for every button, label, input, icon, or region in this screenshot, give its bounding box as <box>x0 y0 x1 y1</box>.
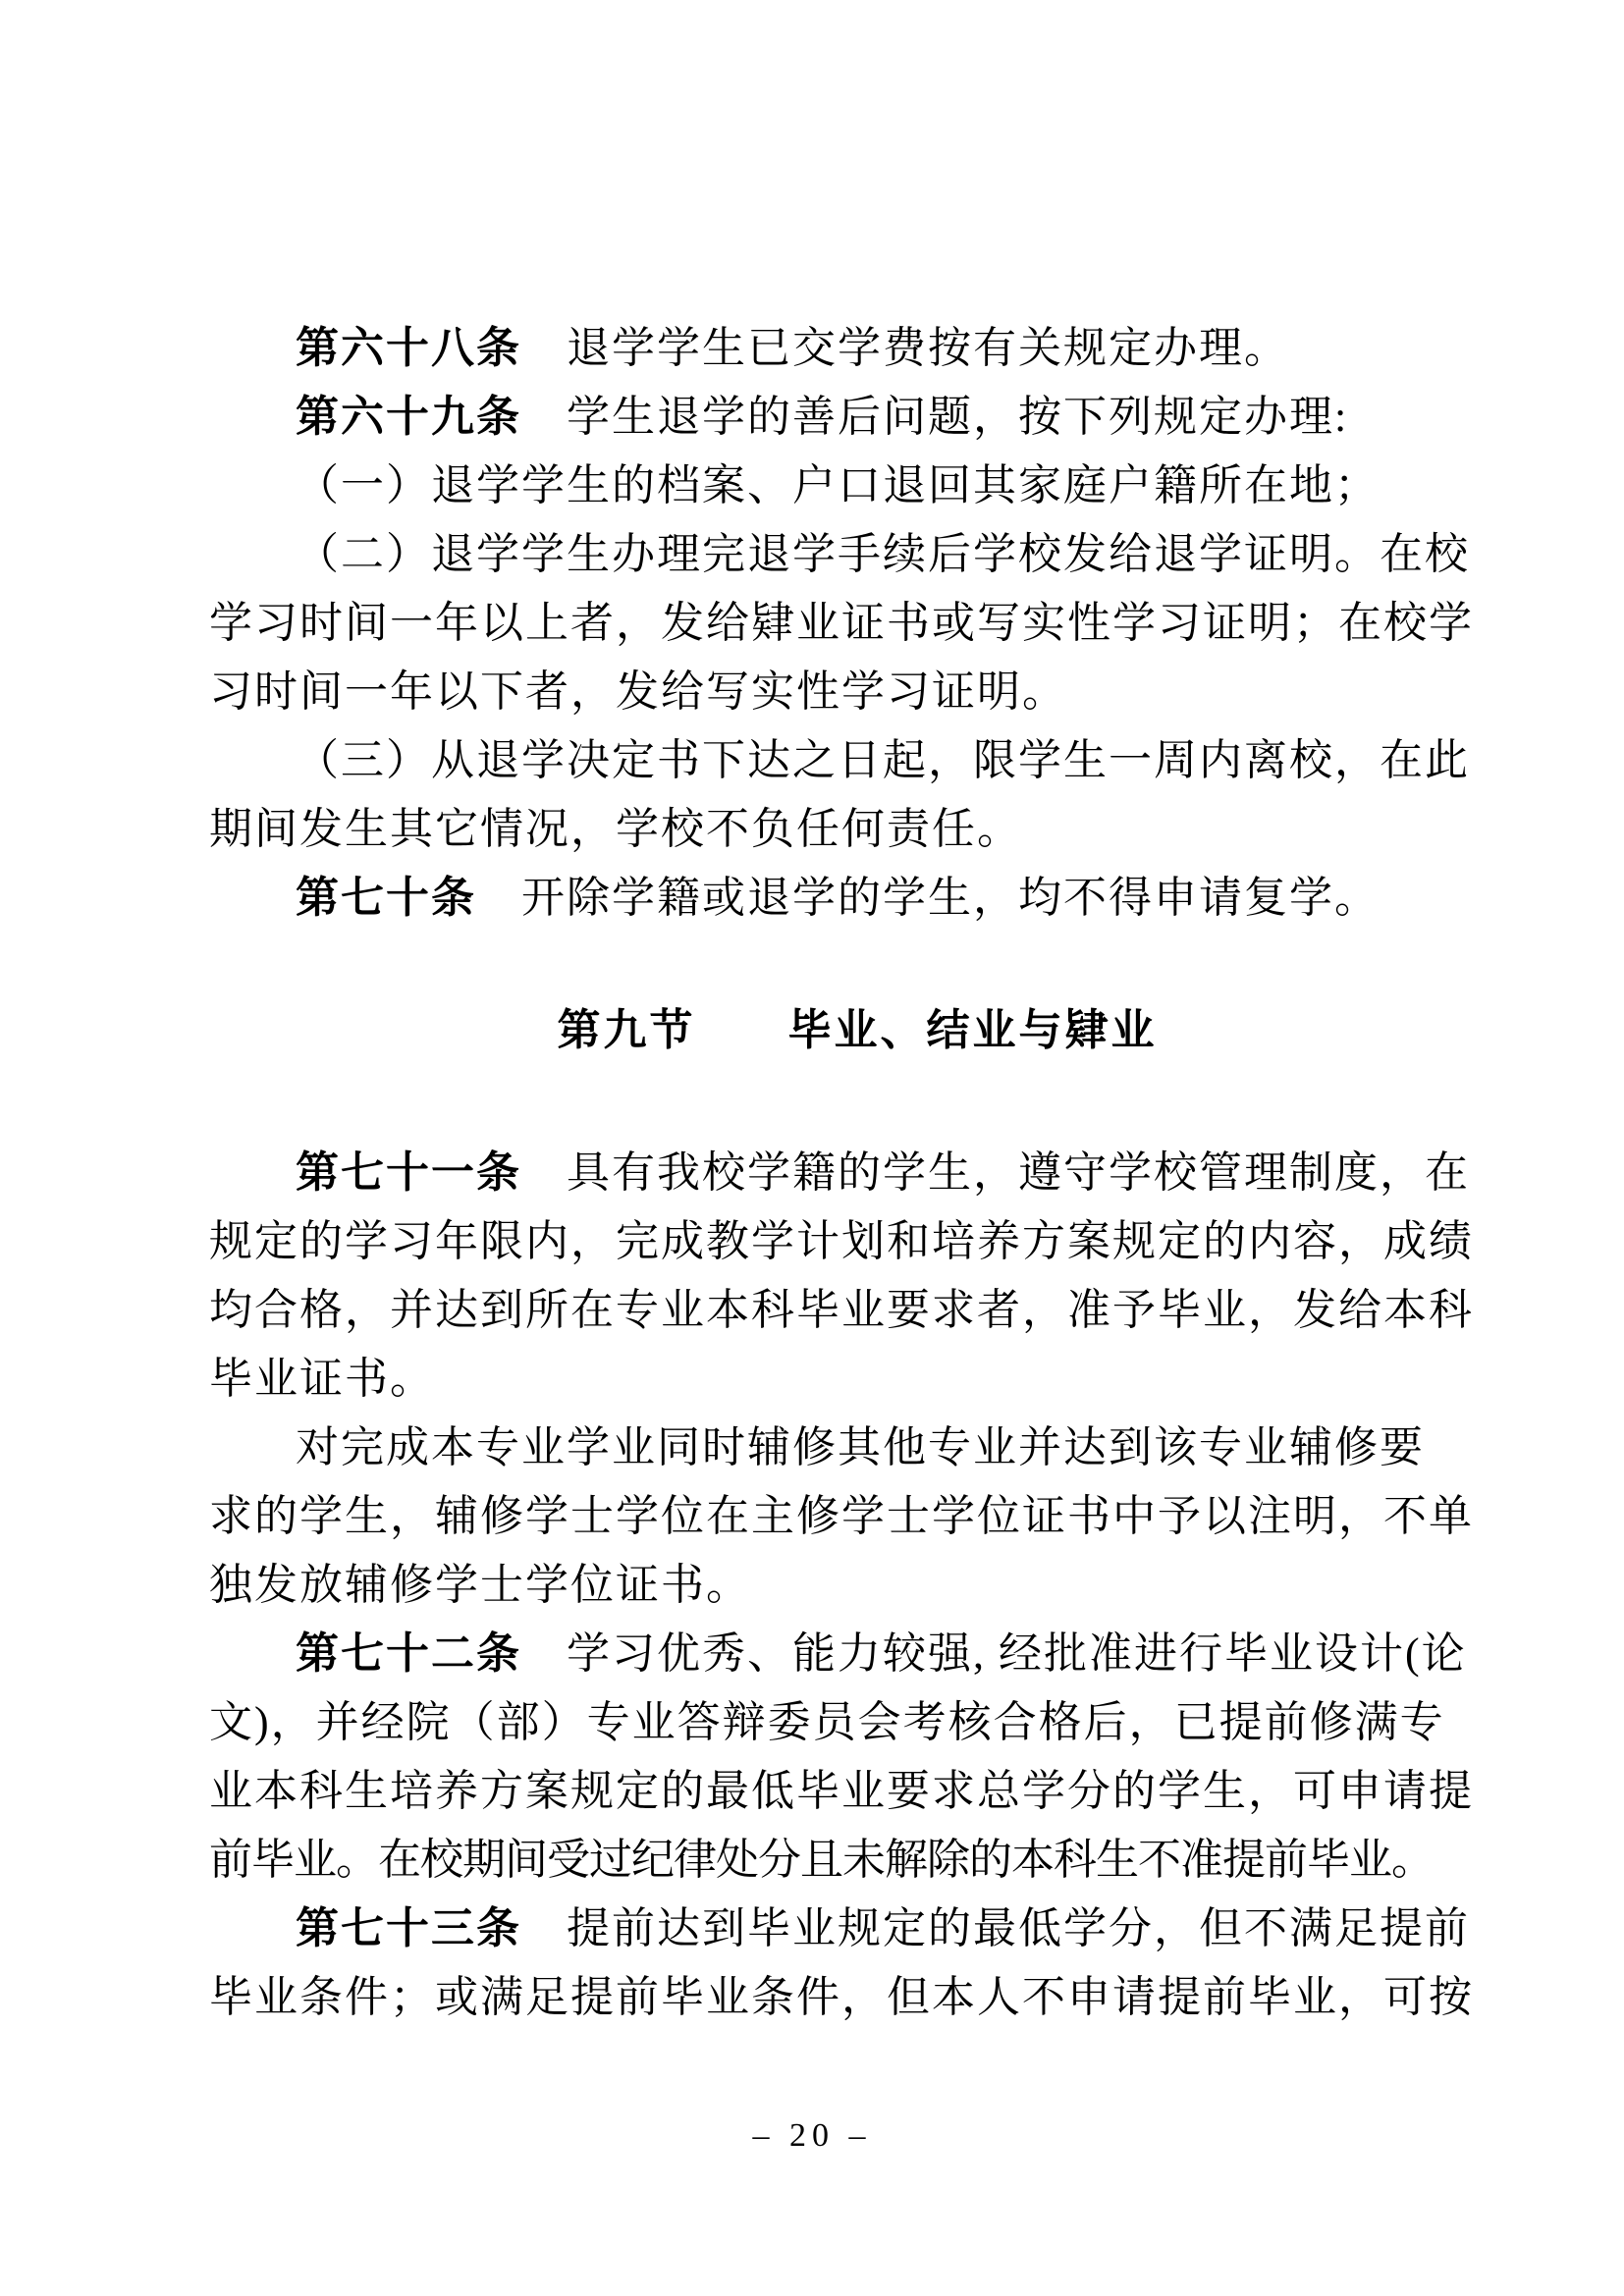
text-run: 毕业证书。 <box>209 1355 435 1403</box>
text-line: 求的学生，辅修学士学位在主修学士学位证书中予以注明，不单 <box>209 1482 1505 1551</box>
text-run: 毕业条件；或满足提前毕业条件，但本人不申请提前毕业，可按 <box>209 1973 1474 2021</box>
text-run: 期间发生其它情况，学校不负任何责任。 <box>209 805 1022 853</box>
text-line: 第七十三条 提前达到毕业规定的最低学分，但不满足提前 <box>209 1895 1505 1963</box>
paragraph: 第七十一条 具有我校学籍的学生，遵守学校管理制度，在规定的学习年限内，完成教学计… <box>209 1139 1505 1414</box>
page-number: – 20 – <box>0 2112 1624 2160</box>
text-run: （二）退学学生办理完退学手续后学校发给退学证明。在校 <box>296 530 1470 578</box>
text-line: 第六十九条 学生退学的善后问题，按下列规定办理: <box>209 383 1505 452</box>
paragraph: 第七十二条 学习优秀、能力较强, 经批准进行毕业设计(论文)，并经院（部）专业答… <box>209 1620 1505 1895</box>
text-line: 业本科生培养方案规定的最低毕业要求总学分的学生，可申请提 <box>209 1757 1505 1826</box>
article-number: 第七十二条 <box>296 1629 521 1678</box>
text-run: 开除学籍或退学的学生，均不得申请复学。 <box>476 874 1380 922</box>
article-number: 第七十条 <box>296 874 476 922</box>
text-run: 学习时间一年以上者，发给肄业证书或写实性学习证明；在校学 <box>209 599 1474 647</box>
article-number: 第六十九条 <box>296 393 521 441</box>
text-line: 第七十二条 学习优秀、能力较强, 经批准进行毕业设计(论 <box>209 1620 1505 1688</box>
text-run: 习时间一年以下者，发给写实性学习证明。 <box>209 667 1067 716</box>
text-line: 对完成本专业学业同时辅修其他专业并达到该专业辅修要 <box>209 1414 1505 1482</box>
article-number: 第七十一条 <box>296 1148 521 1197</box>
paragraph: 第六十九条 学生退学的善后问题，按下列规定办理: <box>209 383 1505 452</box>
text-line: 均合格，并达到所在专业本科毕业要求者，准予毕业，发给本科 <box>209 1276 1505 1345</box>
text-line: 毕业证书。 <box>209 1345 1505 1414</box>
text-run: （一）退学学生的档案、户口退回其家庭户籍所在地； <box>296 461 1380 509</box>
document-body: 第六十八条 退学学生已交学费按有关规定办理。第六十九条 学生退学的善后问题，按下… <box>209 314 1505 2032</box>
text-line: 独发放辅修学士学位证书。 <box>209 1551 1505 1620</box>
text-run: 文)，并经院（部）专业答辩委员会考核合格后，已提前修满专 <box>209 1698 1445 1746</box>
paragraph: （二）退学学生办理完退学手续后学校发给退学证明。在校学习时间一年以上者，发给肄业… <box>209 520 1505 726</box>
text-line: 规定的学习年限内，完成教学计划和培养方案规定的内容，成绩 <box>209 1207 1505 1276</box>
text-run: 业本科生培养方案规定的最低毕业要求总学分的学生，可申请提 <box>209 1767 1474 1815</box>
text-line: 第六十八条 退学学生已交学费按有关规定办理。 <box>209 314 1505 383</box>
text-line: （二）退学学生办理完退学手续后学校发给退学证明。在校 <box>209 520 1505 589</box>
text-run: 学习优秀、能力较强, 经批准进行毕业设计(论 <box>521 1629 1467 1678</box>
text-line: 习时间一年以下者，发给写实性学习证明。 <box>209 658 1505 726</box>
text-line: 学习时间一年以上者，发给肄业证书或写实性学习证明；在校学 <box>209 589 1505 658</box>
text-run: 均合格，并达到所在专业本科毕业要求者，准予毕业，发给本科 <box>209 1286 1474 1334</box>
text-run: 对完成本专业学业同时辅修其他专业并达到该专业辅修要 <box>296 1423 1425 1471</box>
text-run: （三）从退学决定书下达之日起，限学生一周内离校，在此 <box>296 736 1470 784</box>
paragraph: （三）从退学决定书下达之日起，限学生一周内离校，在此期间发生其它情况，学校不负任… <box>209 726 1505 864</box>
text-line: 第七十一条 具有我校学籍的学生，遵守学校管理制度，在 <box>209 1139 1505 1207</box>
text-line: 期间发生其它情况，学校不负任何责任。 <box>209 795 1505 864</box>
text-line: （三）从退学决定书下达之日起，限学生一周内离校，在此 <box>209 726 1505 795</box>
text-run: 具有我校学籍的学生，遵守学校管理制度，在 <box>521 1148 1470 1197</box>
text-run: 求的学生，辅修学士学位在主修学士学位证书中予以注明，不单 <box>209 1492 1474 1540</box>
text-run: 退学学生已交学费按有关规定办理。 <box>521 324 1289 372</box>
paragraph: 对完成本专业学业同时辅修其他专业并达到该专业辅修要求的学生，辅修学士学位在主修学… <box>209 1414 1505 1620</box>
text-run: 前毕业。在校期间受过纪律处分且未解除的本科生不准提前毕业。 <box>209 1836 1434 1884</box>
section-heading: 第九节 毕业、结业与肄业 <box>209 996 1505 1065</box>
article-number: 第六十八条 <box>296 324 521 372</box>
text-line: 第九节 毕业、结业与肄业 <box>209 996 1505 1065</box>
text-run: 学生退学的善后问题，按下列规定办理: <box>521 393 1348 441</box>
paragraph: 第七十三条 提前达到毕业规定的最低学分，但不满足提前毕业条件；或满足提前毕业条件… <box>209 1895 1505 2032</box>
text-line: 毕业条件；或满足提前毕业条件，但本人不申请提前毕业，可按 <box>209 1963 1505 2032</box>
text-line: 第七十条 开除学籍或退学的学生，均不得申请复学。 <box>209 864 1505 933</box>
text-line: （一）退学学生的档案、户口退回其家庭户籍所在地； <box>209 452 1505 520</box>
text-line: 文)，并经院（部）专业答辩委员会考核合格后，已提前修满专 <box>209 1688 1505 1757</box>
paragraph: （一）退学学生的档案、户口退回其家庭户籍所在地； <box>209 452 1505 520</box>
paragraph: 第七十条 开除学籍或退学的学生，均不得申请复学。 <box>209 864 1505 933</box>
text-line: 前毕业。在校期间受过纪律处分且未解除的本科生不准提前毕业。 <box>209 1826 1505 1895</box>
article-number: 第七十三条 <box>296 1904 521 1952</box>
text-run: 规定的学习年限内，完成教学计划和培养方案规定的内容，成绩 <box>209 1217 1474 1265</box>
text-run: 提前达到毕业规定的最低学分，但不满足提前 <box>521 1904 1470 1952</box>
article-number: 第九节 毕业、结业与肄业 <box>558 1006 1158 1054</box>
document-page: 第六十八条 退学学生已交学费按有关规定办理。第六十九条 学生退学的善后问题，按下… <box>0 0 1624 2296</box>
text-run: 独发放辅修学士学位证书。 <box>209 1561 751 1609</box>
paragraph: 第六十八条 退学学生已交学费按有关规定办理。 <box>209 314 1505 383</box>
